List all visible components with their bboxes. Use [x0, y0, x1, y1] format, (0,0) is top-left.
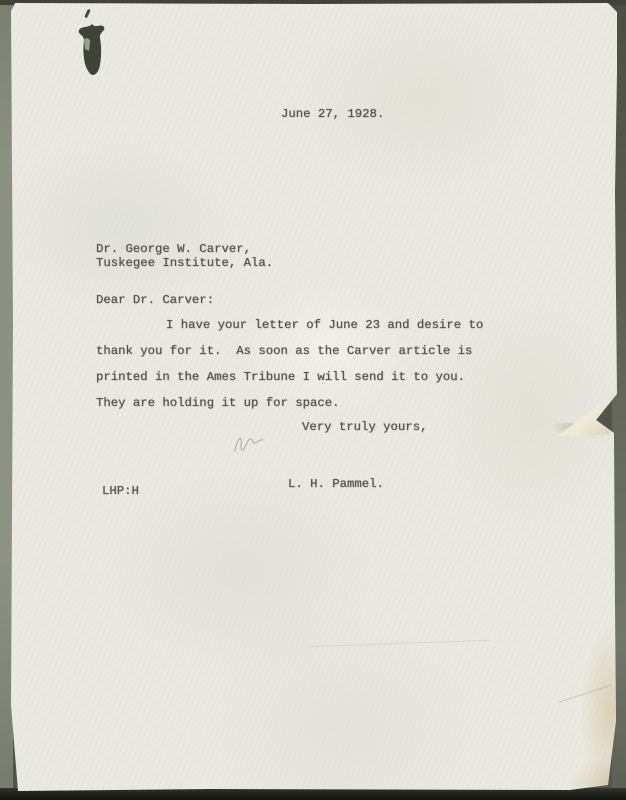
body-line-1: I have your letter of June 23 and desire… [166, 318, 483, 333]
handwritten-pencil-mark [231, 431, 273, 457]
closing-line: Very truly yours, [302, 420, 427, 435]
reference-initials-line: LHP:H [102, 484, 139, 499]
scan-background-left [0, 0, 13, 800]
paper-crease [310, 640, 490, 647]
body-line-4: They are holding it up for space. [96, 396, 340, 411]
paper-tear-flap [558, 403, 610, 437]
ink-speck-icon [84, 9, 91, 18]
body-line-3: printed in the Ames Tribune I will send … [96, 370, 465, 385]
salutation-line: Dear Dr. Carver: [96, 293, 214, 308]
corner-stain [570, 758, 618, 792]
recipient-name-line: Dr. George W. Carver, [96, 242, 251, 257]
date-line: June 27, 1928. [281, 107, 384, 122]
ink-blot-icon [76, 21, 112, 81]
signature-line: L. H. Pammel. [288, 477, 384, 492]
letter-page: June 27, 1928. Dr. George W. Carver, Tus… [10, 3, 617, 791]
body-line-2: thank you for it. As soon as the Carver … [96, 344, 472, 359]
recipient-address-line: Tuskegee Institute, Ala. [96, 256, 273, 271]
